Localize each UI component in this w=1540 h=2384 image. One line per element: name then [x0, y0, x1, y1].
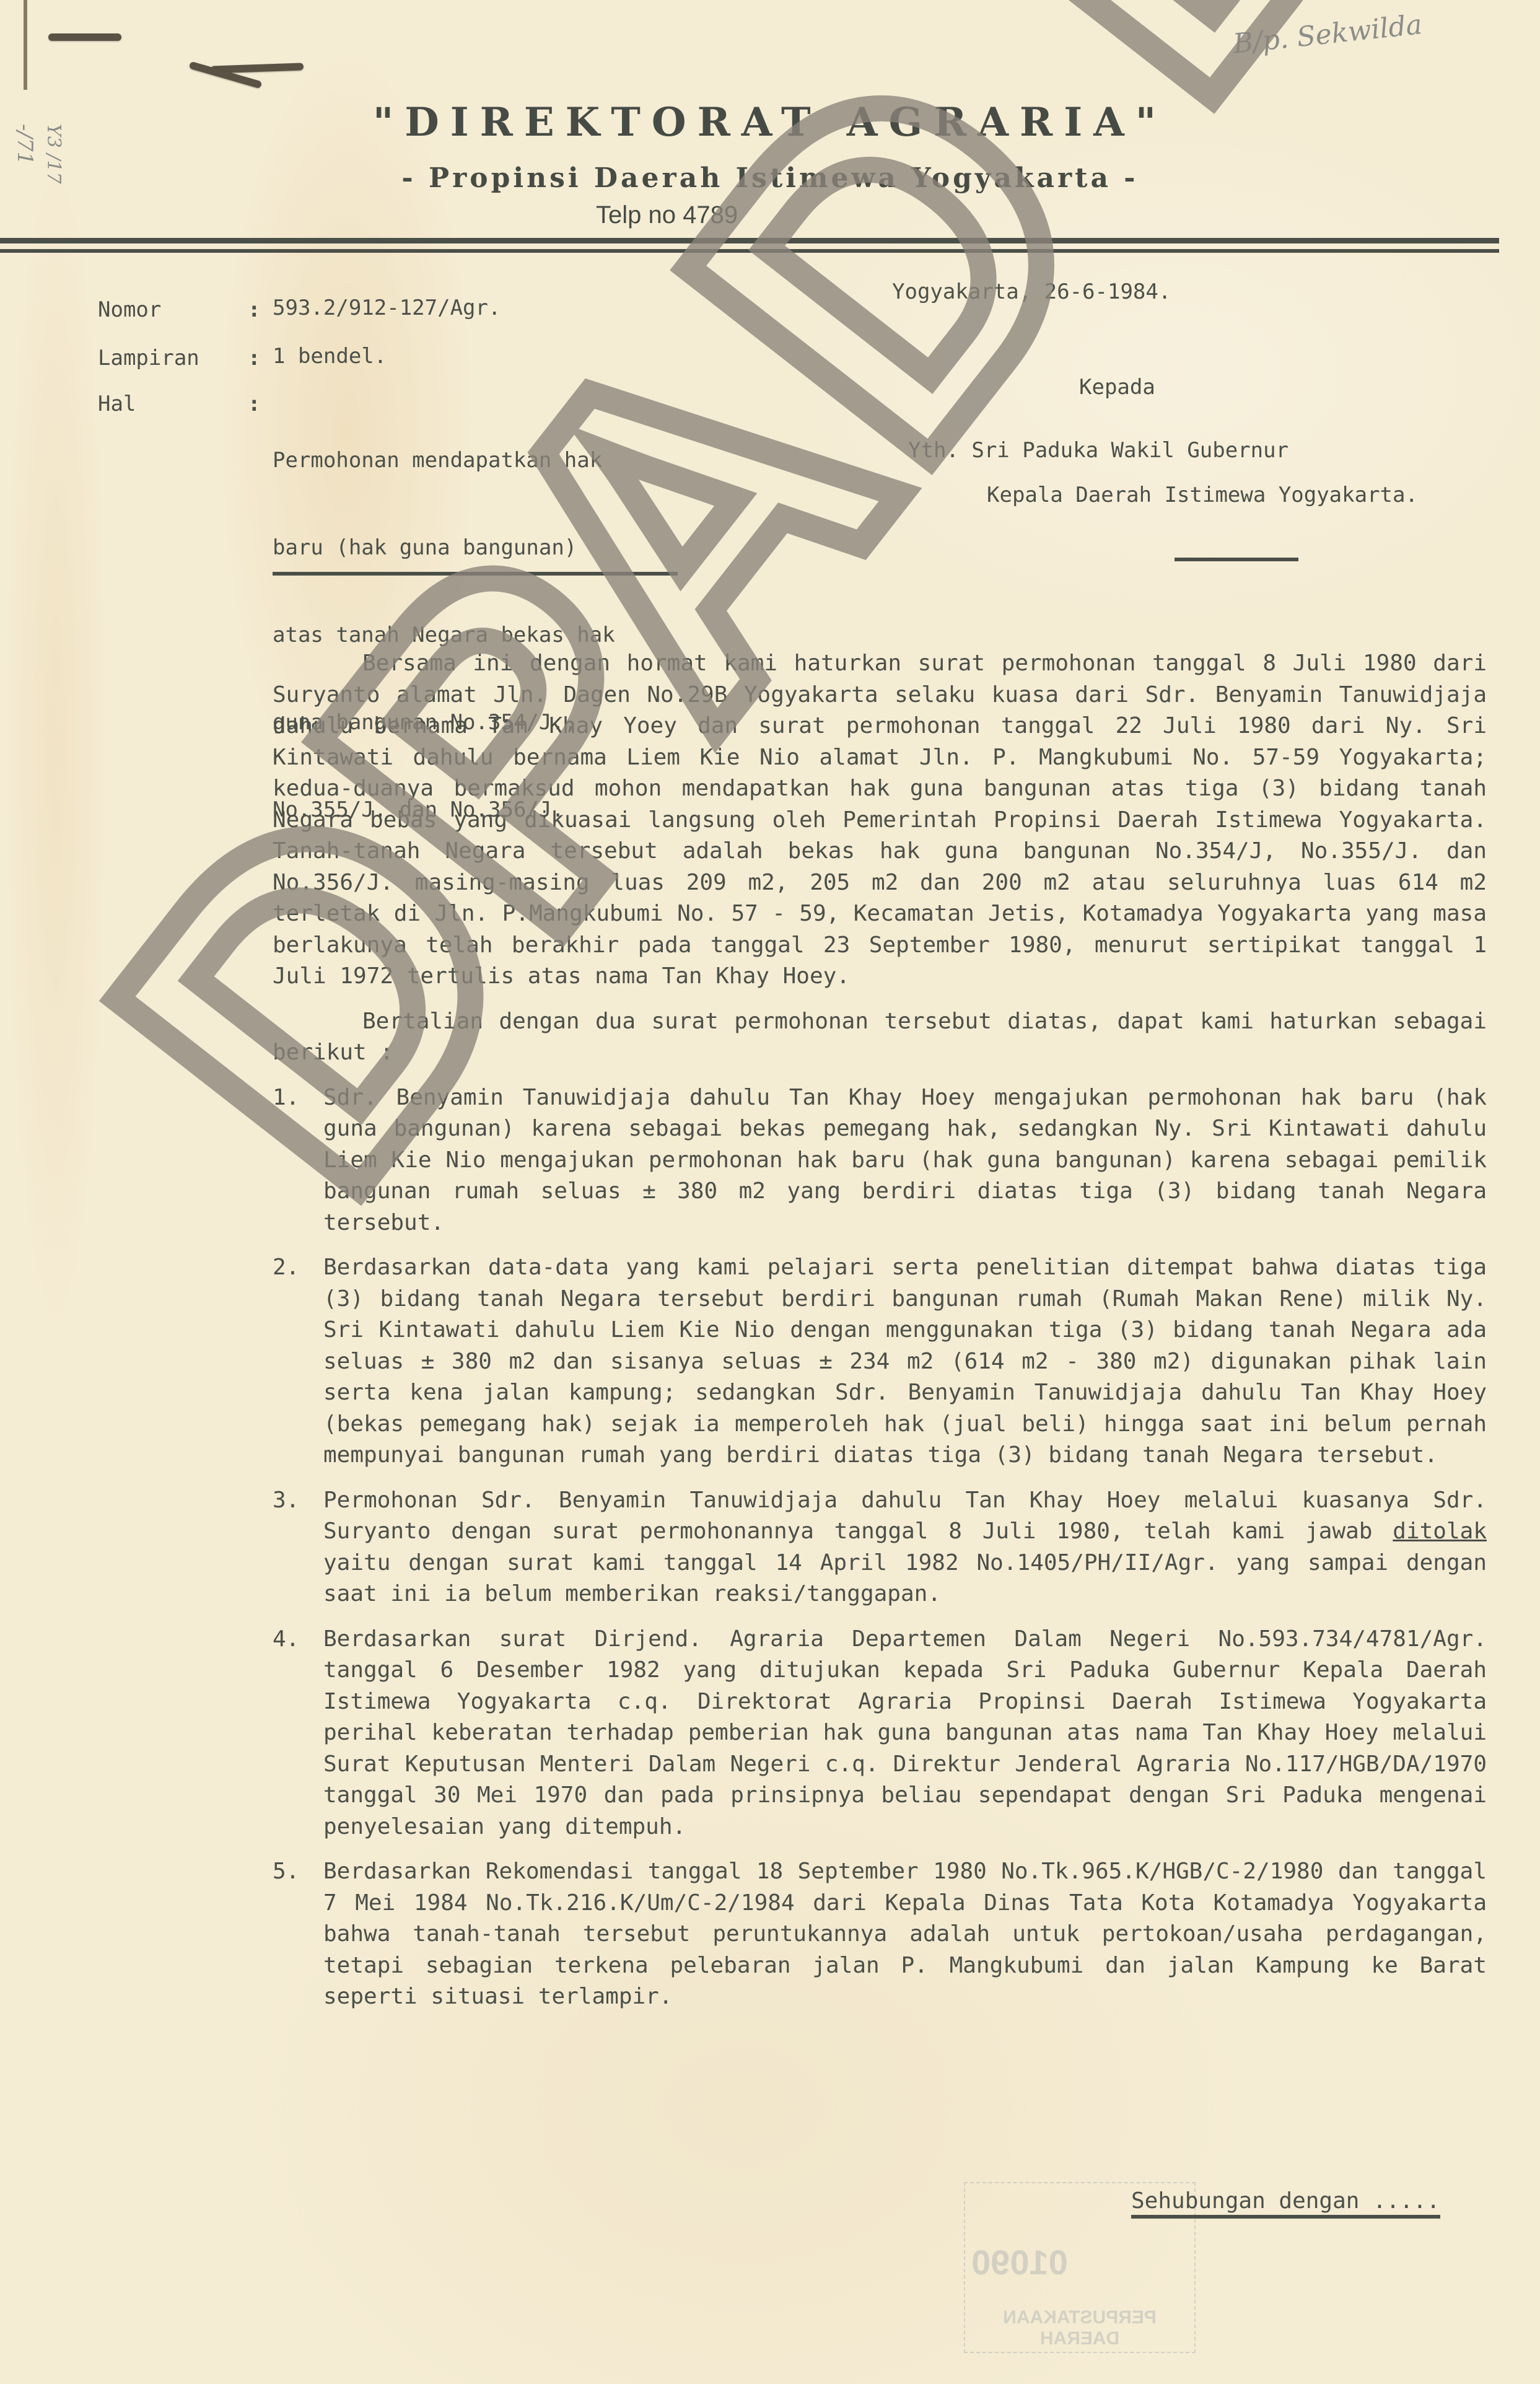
nomor-label: Nomor: [98, 297, 161, 322]
handwritten-annotation: B/p. Sekwilda: [1232, 9, 1424, 60]
list-item-number: 5.: [273, 1856, 323, 2013]
list-item: 1. Sdr. Benyamin Tanuwidjaja dahulu Tan …: [273, 1082, 1487, 1239]
underlined-word: ditolak: [1393, 1518, 1487, 1544]
nomor-colon: :: [248, 297, 260, 322]
hal-underline: [273, 572, 678, 576]
list-item-text: Berdasarkan data-data yang kami pelajari…: [323, 1252, 1487, 1471]
binding-pin-icon: [48, 33, 121, 41]
hal-label: Hal: [98, 392, 136, 416]
lampiran-colon: :: [248, 346, 260, 370]
letterhead-subtitle: - Propinsi Daerah Istimewa Yogyakarta -: [0, 162, 1540, 194]
list-item-text: Berdasarkan surat Dirjend. Agraria Depar…: [323, 1624, 1487, 1843]
kepada-label: Kepada: [1079, 372, 1155, 403]
hal-line: Permohonan mendapatkan hak: [273, 446, 615, 475]
list-item-number: 1.: [273, 1082, 323, 1239]
hal-line: baru (hak guna bangunan): [273, 533, 615, 563]
body-paragraph-1: Bersama ini dengan hormat kami haturkan …: [273, 648, 1487, 993]
place-date: Yogyakarta, 26-6-1984.: [892, 276, 1171, 307]
hal-colon: :: [248, 392, 260, 416]
stamp-text: PERPUSTAKAAN DAERAH: [971, 2307, 1188, 2349]
list-item: 3. Permohonan Sdr. Benyamin Tanuwidjaja …: [273, 1485, 1487, 1610]
list-item-number: 4.: [273, 1624, 323, 1843]
lampiran-value: 1 bendel.: [273, 342, 387, 371]
body-paragraph-2: Bertalian dengan dua surat permohonan te…: [273, 1006, 1487, 1069]
letterhead-rule-bottom: [0, 249, 1499, 253]
lampiran-label: Lampiran: [98, 346, 199, 370]
list-item: 2. Berdasarkan data-data yang kami pelaj…: [273, 1252, 1487, 1471]
list-item-text: Permohonan Sdr. Benyamin Tanuwidjaja dah…: [323, 1485, 1487, 1610]
list-item-number: 3.: [273, 1485, 323, 1610]
list-item: 4. Berdasarkan surat Dirjend. Agraria De…: [273, 1624, 1487, 1843]
list-item-text-part: yaitu dengan surat kami tanggal 14 April…: [323, 1550, 1487, 1607]
continuation-note: Sehubungan dengan .....: [1131, 2188, 1440, 2219]
nomor-value: 593.2/912-127/Agr.: [273, 294, 501, 323]
recipient-line-1: Yth. Sri Paduka Wakil Gubernur: [908, 435, 1288, 466]
list-item-text: Sdr. Benyamin Tanuwidjaja dahulu Tan Kha…: [323, 1082, 1487, 1239]
recipient-underline: [1175, 558, 1298, 561]
hal-line: atas tanah Negara bekas hak: [273, 621, 615, 650]
margin-binding-mark: [24, 0, 27, 90]
stamp-number: 01090: [971, 2242, 1188, 2282]
list-item-text: Berdasarkan Rekomendasi tanggal 18 Septe…: [323, 1856, 1487, 2013]
letterhead-title: "DIREKTORAT AGRARIA": [0, 99, 1540, 146]
recipient-line-2: Kepala Daerah Istimewa Yogyakarta.: [987, 480, 1418, 511]
list-item: 5. Berdasarkan Rekomendasi tanggal 18 Se…: [273, 1856, 1487, 2013]
list-item-number: 2.: [273, 1252, 323, 1471]
letter-body: Bersama ini dengan hormat kami haturkan …: [273, 648, 1487, 2013]
letterhead-phone: Telp no 4789: [596, 201, 738, 229]
list-item-text-part: Permohonan Sdr. Benyamin Tanuwidjaja dah…: [323, 1488, 1487, 1545]
letterhead-rule-top: [0, 238, 1499, 243]
